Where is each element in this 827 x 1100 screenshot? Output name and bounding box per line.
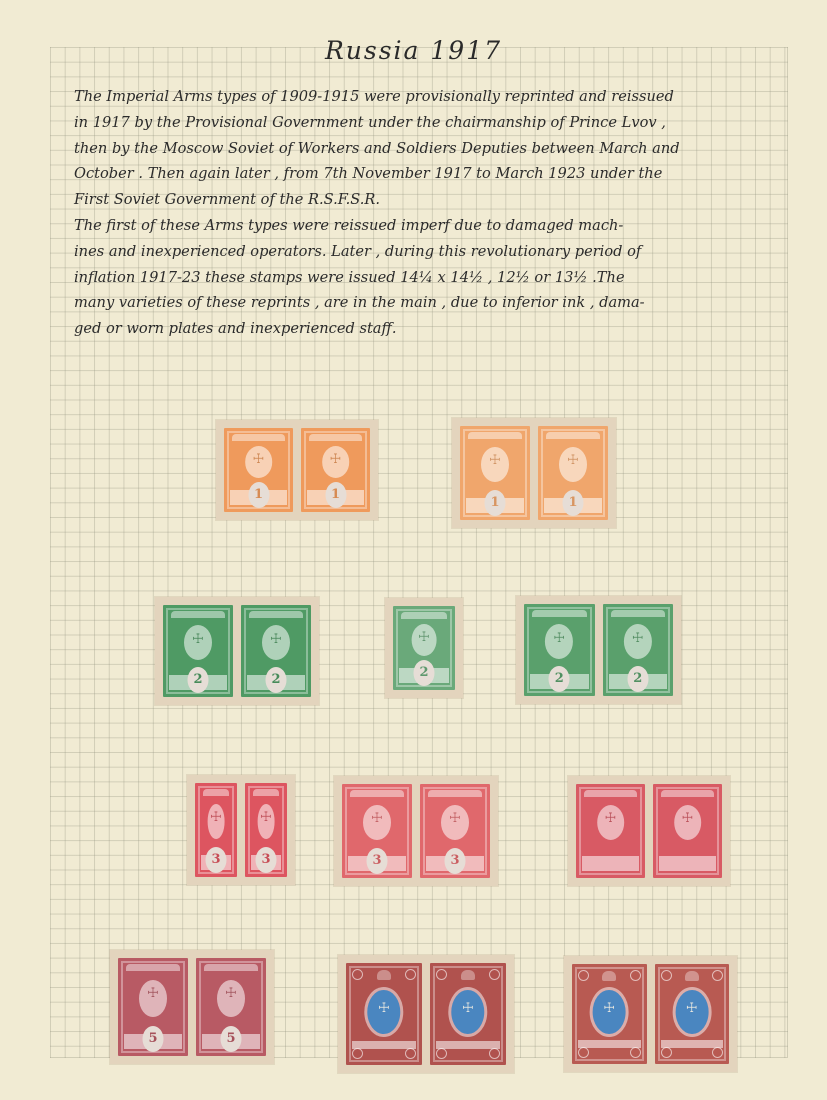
stamp-value: 3 (367, 848, 388, 874)
double-headed-eagle-icon: ☩ (449, 812, 461, 825)
stamp-15k: ☩ (430, 963, 506, 1065)
stamp-banner (468, 432, 522, 439)
stamp-mount-3k-pair-a: ☩3☩3 (187, 775, 295, 885)
corner-numeral-icon (436, 1048, 447, 1059)
paragraph-line: ged or worn plates and inexperienced sta… (74, 316, 774, 342)
stamp-5k: ☩5 (118, 958, 188, 1056)
double-headed-eagle-icon: ☩ (632, 632, 644, 645)
value-tablet (661, 1040, 724, 1048)
stamp-banner (611, 610, 666, 617)
double-headed-eagle-icon: ☩ (682, 812, 694, 825)
stamp-mount-2k-single: ☩2 (385, 598, 463, 698)
stamp-banner (428, 790, 482, 797)
stamp-banner (532, 610, 587, 617)
stamp-banner (126, 964, 180, 971)
value-tablet (659, 856, 716, 871)
description-paragraph: The Imperial Arms types of 1909-1915 wer… (74, 84, 774, 342)
corner-numeral-icon (630, 1047, 641, 1058)
stamp-value: 1 (485, 490, 506, 516)
stamp-15k: ☩ (346, 963, 422, 1065)
stamp-value: 5 (221, 1026, 242, 1052)
paragraph-line: ines and inexperienced operators. Later … (74, 239, 774, 265)
double-headed-eagle-icon: ☩ (605, 812, 617, 825)
double-headed-eagle-icon: ☩ (603, 1002, 615, 1015)
stamp-3k: ☩3 (420, 784, 490, 878)
stamp-value: 2 (188, 667, 209, 693)
value-tablet (582, 856, 639, 871)
stamp-4k: ☩ (653, 784, 722, 878)
corner-numeral-icon (661, 1047, 672, 1058)
stamp-mount-2k-pair-b: ☩2☩2 (516, 596, 681, 704)
double-headed-eagle-icon: ☩ (260, 811, 272, 824)
paragraph-line: The Imperial Arms types of 1909-1915 wer… (74, 84, 774, 110)
paragraph-line: October . Then again later , from 7th No… (74, 161, 774, 187)
value-tablet (578, 1040, 641, 1048)
stamp-value: 3 (206, 847, 227, 873)
stamp-banner (546, 432, 600, 439)
stamp-value: 2 (266, 667, 287, 693)
stamp-2k: ☩2 (163, 605, 233, 697)
stamp-2k: ☩2 (241, 605, 311, 697)
stamp-15k: ☩ (655, 964, 730, 1064)
stamp-banner (203, 789, 229, 796)
stamp-3k: ☩3 (195, 783, 237, 877)
corner-numeral-icon (578, 1047, 589, 1058)
crown-icon (461, 970, 475, 980)
double-headed-eagle-icon: ☩ (147, 987, 159, 1000)
crown-icon (602, 971, 616, 981)
corner-numeral-icon (578, 970, 589, 981)
double-headed-eagle-icon: ☩ (330, 453, 342, 466)
stamp-2k: ☩2 (524, 604, 595, 696)
stamp-5k: ☩5 (196, 958, 266, 1056)
double-headed-eagle-icon: ☩ (192, 633, 204, 646)
corner-numeral-icon (352, 969, 363, 980)
stamp-value: 2 (414, 660, 435, 686)
stamp-banner (171, 611, 225, 618)
corner-numeral-icon (489, 969, 500, 980)
paragraph-line: many varieties of these reprints , are i… (74, 290, 774, 316)
stamp-banner (584, 790, 637, 797)
double-headed-eagle-icon: ☩ (225, 987, 237, 1000)
stamp-banner (232, 434, 285, 441)
double-headed-eagle-icon: ☩ (553, 632, 565, 645)
stamp-mount-1k-pair-a: ☩1☩1 (216, 420, 378, 520)
paragraph-line: in 1917 by the Provisional Government un… (74, 110, 774, 136)
stamp-value: 1 (248, 482, 269, 508)
stamp-value: 2 (549, 666, 570, 692)
stamp-mount-15k-pair-a: ☩☩ (338, 955, 514, 1073)
stamp-banner (204, 964, 258, 971)
stamp-1k: ☩1 (301, 428, 370, 512)
corner-numeral-icon (661, 970, 672, 981)
stamp-3k: ☩3 (342, 784, 412, 878)
stamp-3k: ☩3 (245, 783, 287, 877)
corner-numeral-icon (712, 970, 723, 981)
stamp-mount-4k-pair: ☩☩ (568, 776, 730, 886)
page-title: Russia 1917 (0, 36, 827, 65)
value-tablet (352, 1041, 416, 1049)
corner-numeral-icon (630, 970, 641, 981)
stamp-mount-3k-pair-b: ☩3☩3 (334, 776, 498, 886)
corner-numeral-icon (352, 1048, 363, 1059)
corner-numeral-icon (405, 969, 416, 980)
stamp-1k: ☩1 (460, 426, 530, 520)
stamp-value: 3 (445, 848, 466, 874)
double-headed-eagle-icon: ☩ (253, 453, 265, 466)
paragraph-line: The first of these Arms types were reiss… (74, 213, 774, 239)
stamp-value: 1 (563, 490, 584, 516)
stamp-banner (249, 611, 303, 618)
crown-icon (685, 971, 699, 981)
stamp-mount-5k-pair: ☩5☩5 (110, 950, 274, 1064)
paragraph-line: then by the Moscow Soviet of Workers and… (74, 136, 774, 162)
stamp-1k: ☩1 (224, 428, 293, 512)
double-headed-eagle-icon: ☩ (462, 1002, 474, 1015)
stamp-banner (253, 789, 279, 796)
double-headed-eagle-icon: ☩ (418, 631, 430, 644)
stamp-banner (401, 612, 447, 619)
double-headed-eagle-icon: ☩ (567, 454, 579, 467)
stamp-mount-15k-pair-b: ☩☩ (564, 956, 737, 1072)
double-headed-eagle-icon: ☩ (489, 454, 501, 467)
stamp-2k: ☩2 (603, 604, 674, 696)
stamp-value: 2 (627, 666, 648, 692)
stamp-mount-2k-pair-a: ☩2☩2 (155, 597, 319, 705)
stamp-4k: ☩ (576, 784, 645, 878)
stamp-value: 3 (256, 847, 277, 873)
stamp-value: 1 (325, 482, 346, 508)
paragraph-line: inflation 1917-23 these stamps were issu… (74, 265, 774, 291)
stamp-value: 5 (143, 1026, 164, 1052)
crown-icon (377, 970, 391, 980)
double-headed-eagle-icon: ☩ (686, 1002, 698, 1015)
stamp-mount-1k-pair-b: ☩1☩1 (452, 418, 616, 528)
stamp-15k: ☩ (572, 964, 647, 1064)
double-headed-eagle-icon: ☩ (210, 811, 222, 824)
paragraph-line: First Soviet Government of the R.S.F.S.R… (74, 187, 774, 213)
stamp-banner (350, 790, 404, 797)
double-headed-eagle-icon: ☩ (270, 633, 282, 646)
corner-numeral-icon (712, 1047, 723, 1058)
stamp-banner (309, 434, 362, 441)
double-headed-eagle-icon: ☩ (378, 1002, 390, 1015)
corner-numeral-icon (436, 969, 447, 980)
stamp-2k: ☩2 (393, 606, 455, 690)
stamp-1k: ☩1 (538, 426, 608, 520)
stamp-banner (661, 790, 714, 797)
corner-numeral-icon (405, 1048, 416, 1059)
value-tablet (436, 1041, 500, 1049)
corner-numeral-icon (489, 1048, 500, 1059)
double-headed-eagle-icon: ☩ (371, 812, 383, 825)
